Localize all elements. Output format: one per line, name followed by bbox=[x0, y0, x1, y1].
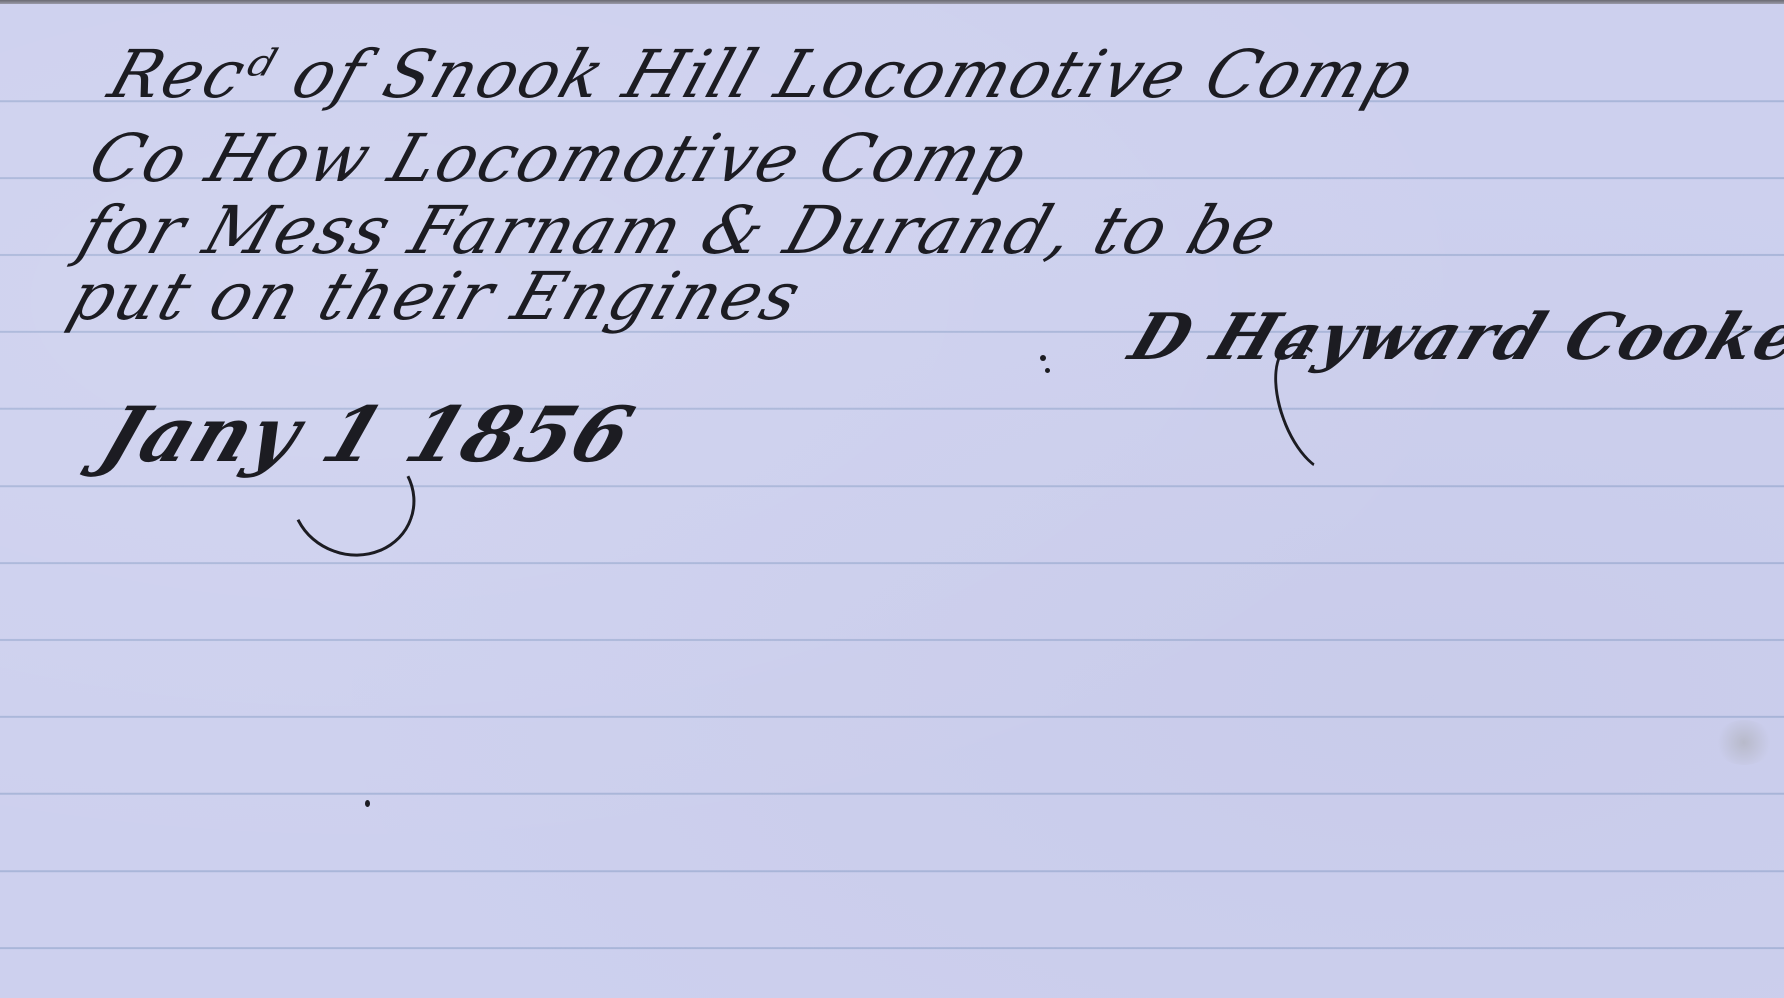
paper-top-edge bbox=[0, 0, 1784, 4]
ink-spot bbox=[1040, 355, 1046, 361]
text-line-1: Recᵈ of Snook Hill Locomotive Comp bbox=[100, 36, 1424, 113]
paper-stain bbox=[1714, 720, 1774, 765]
ink-spot bbox=[365, 800, 370, 807]
text-line-4: put on their Engines bbox=[60, 258, 812, 335]
text-line-2: Co How Locomotive Comp bbox=[80, 120, 1038, 197]
receipt-paper: Recᵈ of Snook Hill Locomotive Comp Co Ho… bbox=[0, 0, 1784, 998]
ink-spot bbox=[1045, 368, 1050, 373]
signature: D Hayward Cooke bbox=[1120, 300, 1784, 375]
